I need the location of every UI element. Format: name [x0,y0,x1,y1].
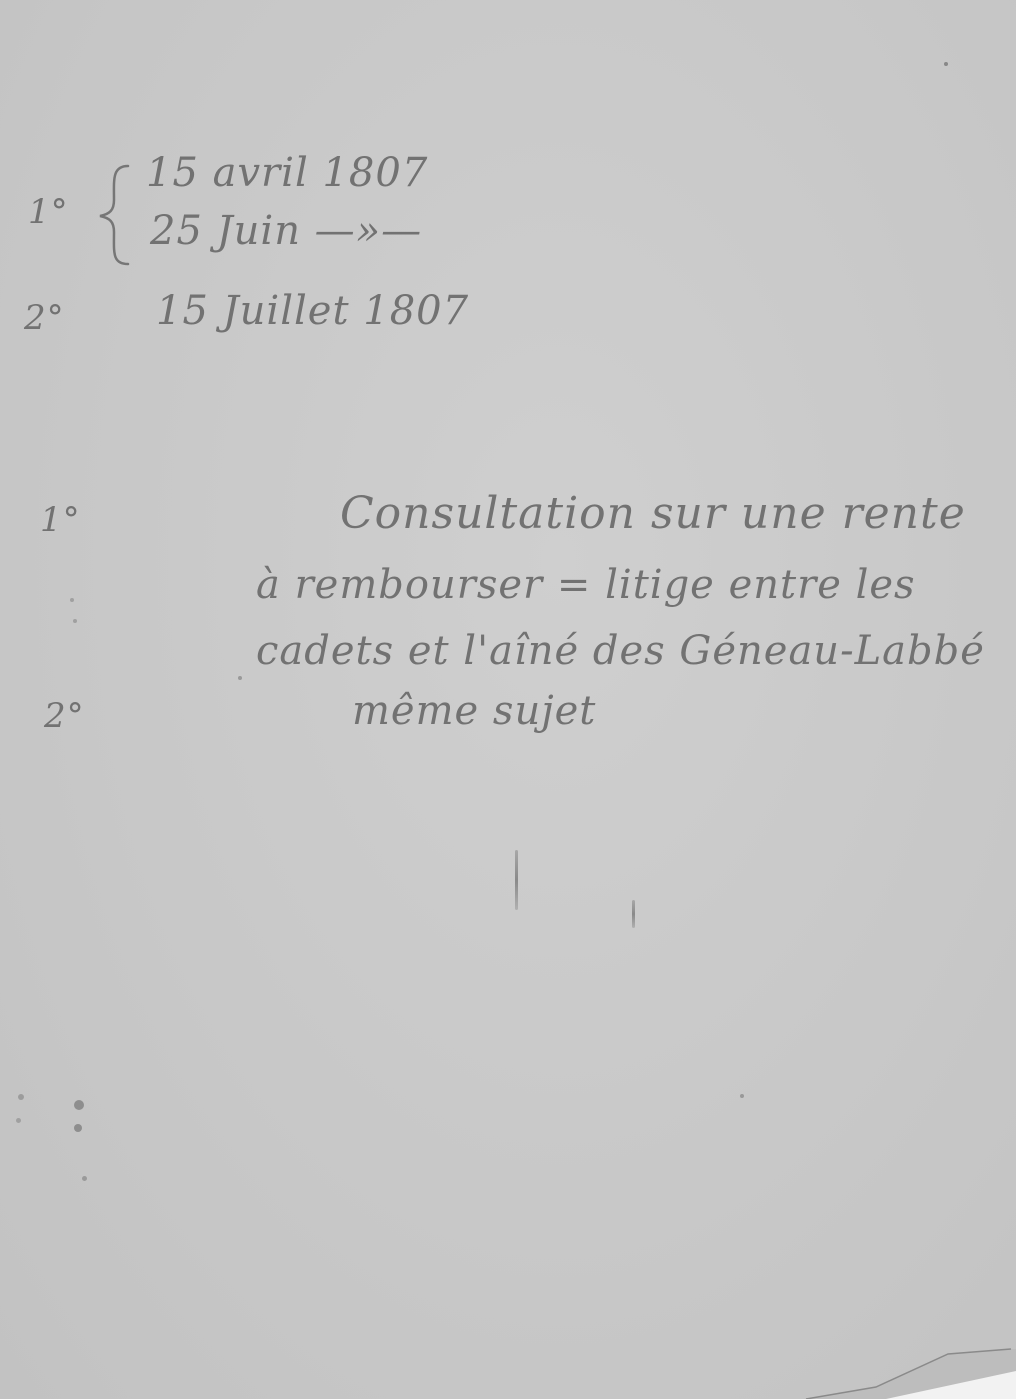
paper-speck [740,1094,744,1098]
paper-speck [74,1100,84,1110]
paper-speck [944,62,948,66]
paper-scratch [515,850,518,910]
paper-speck [82,1176,87,1181]
paper-scratch [632,900,635,928]
header-date-3: 15 Juillet 1807 [156,288,469,334]
body-item2-marker: 2° [44,696,85,736]
body-line-2: à rembourser = litige entre les [256,562,916,608]
body-line-4: même sujet [352,688,596,734]
paper-speck [70,598,74,602]
header-item2-marker: 2° [24,298,65,338]
header-date-2: 25 Juin —»— [150,208,422,254]
body-line-3: cadets et l'aîné des Géneau-Labbé [256,628,985,674]
body-item1-marker: 1° [40,500,81,540]
paper-speck [238,676,242,680]
folded-corner [786,1279,1016,1399]
body-line-1: Consultation sur une rente [340,488,966,539]
paper-speck [74,1124,82,1132]
paper-speck [18,1094,24,1100]
paper-speck [16,1118,21,1123]
header-item1-marker: 1° [28,192,69,232]
document-page: 1° 15 avril 1807 25 Juin —»— 2° 15 Juill… [0,0,1016,1399]
header-date-1: 15 avril 1807 [146,150,428,196]
paper-speck [73,619,77,623]
curly-brace-icon [92,160,132,270]
